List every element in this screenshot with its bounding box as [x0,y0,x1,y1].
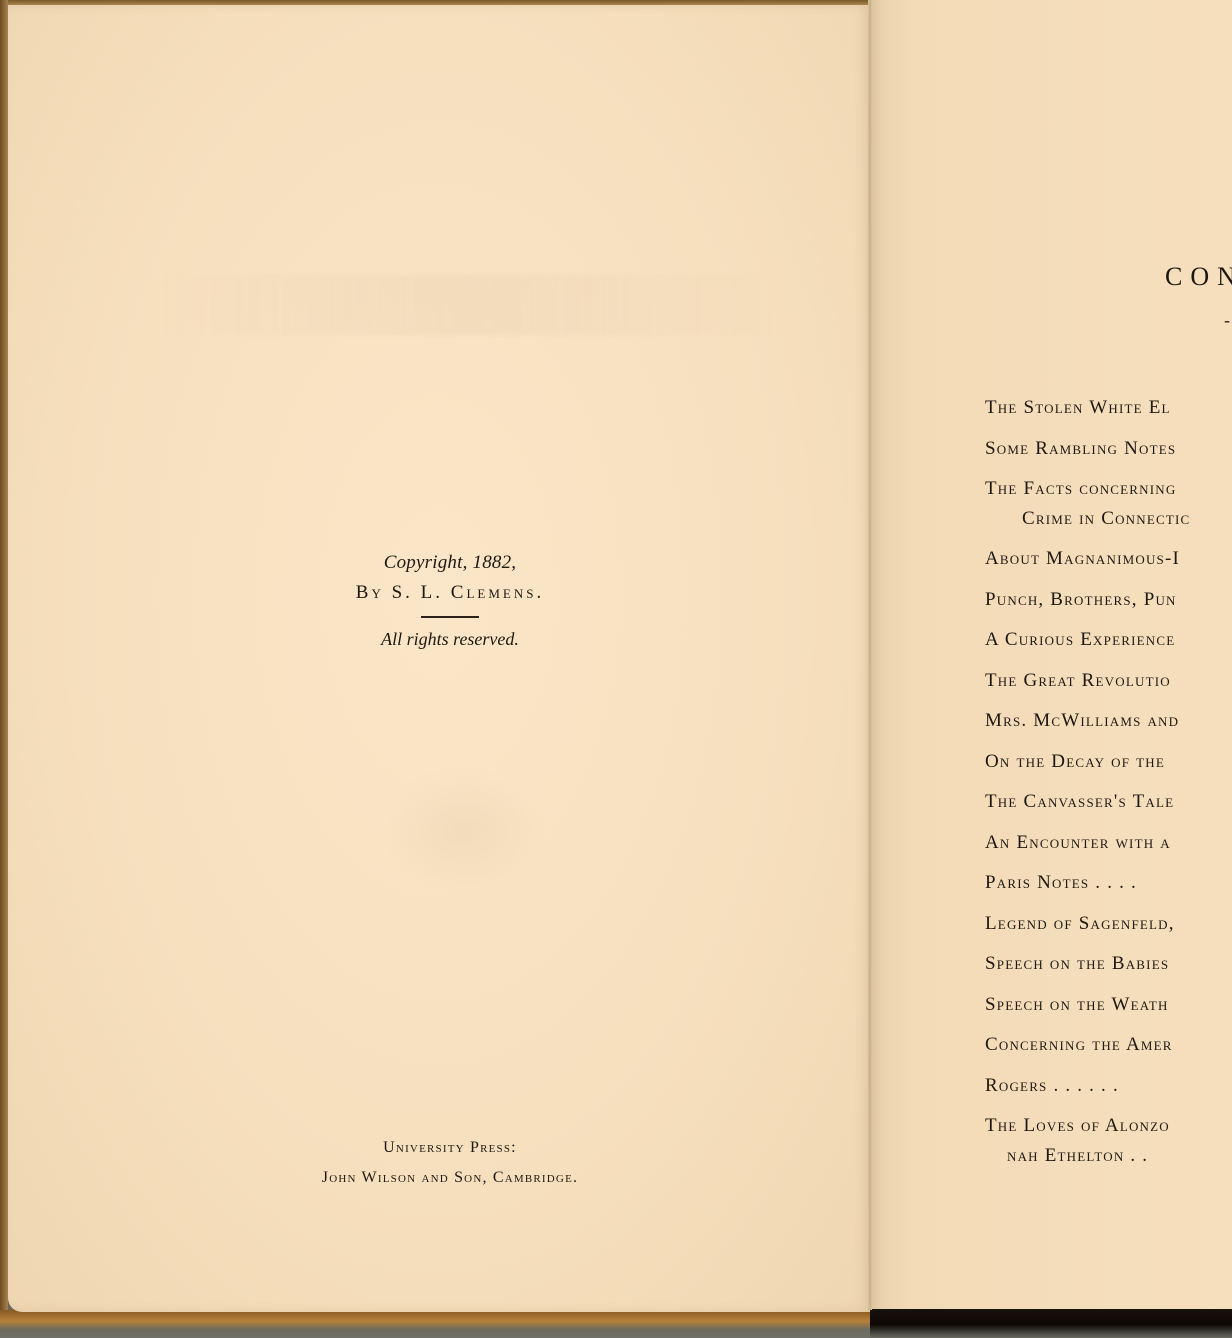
toc-entry: Speech on the Weath [985,990,1232,1031]
toc-entry: Mrs. McWilliams and [985,706,1232,747]
left-page-copyright [8,5,870,1312]
printer-name: University Press: [250,1133,650,1163]
toc-entry: The Stolen White El [985,393,1232,434]
toc-entry-continuation: Crime in Connectic [985,504,1232,545]
printer-location: John Wilson and Son, Cambridge. [250,1163,650,1193]
rights-reserved: All rights reserved. [250,626,650,652]
toc-entry: Concerning the Amer [985,1030,1232,1071]
toc-entry: A Curious Experience [985,625,1232,666]
book-cover-edge-left [0,0,8,1338]
toc-entry: Rogers . . . . . . [985,1071,1232,1112]
table-of-contents: The Stolen White El Some Rambling Notes … [985,393,1232,1181]
toc-entry: Some Rambling Notes [985,434,1232,475]
toc-entry: An Encounter with a [985,828,1232,869]
toc-entry: Speech on the Babies [985,949,1232,990]
book-cover-edge-bottom [0,1310,880,1338]
book-spread: Copyright, 1882, By S. L. Clemens. All r… [0,0,1232,1338]
book-gutter [868,0,872,1310]
page-shadow-bottom [870,1308,1232,1338]
copyright-year: Copyright, 1882, [250,548,650,578]
show-through-ornament [378,765,548,895]
toc-entry: The Great Revolutio [985,666,1232,707]
toc-entry: Paris Notes . . . . [985,868,1232,909]
divider-rule [421,616,479,618]
toc-entry-continuation: nah Ethelton . . [985,1141,1232,1182]
toc-entry: Legend of Sagenfeld, [985,909,1232,950]
toc-entry: The Canvasser's Tale [985,787,1232,828]
printer-imprint: University Press: John Wilson and Son, C… [250,1133,650,1193]
toc-entry: About Magnanimous-I [985,544,1232,585]
toc-entry: On the Decay of the [985,747,1232,788]
copyright-author: By S. L. Clemens. [250,578,650,608]
show-through-text [158,275,778,335]
toc-entry: Punch, Brothers, Pun [985,585,1232,626]
copyright-notice: Copyright, 1882, By S. L. Clemens. All r… [250,548,650,652]
contents-subheading: - [1224,310,1230,331]
contents-heading: CON [1165,262,1232,292]
